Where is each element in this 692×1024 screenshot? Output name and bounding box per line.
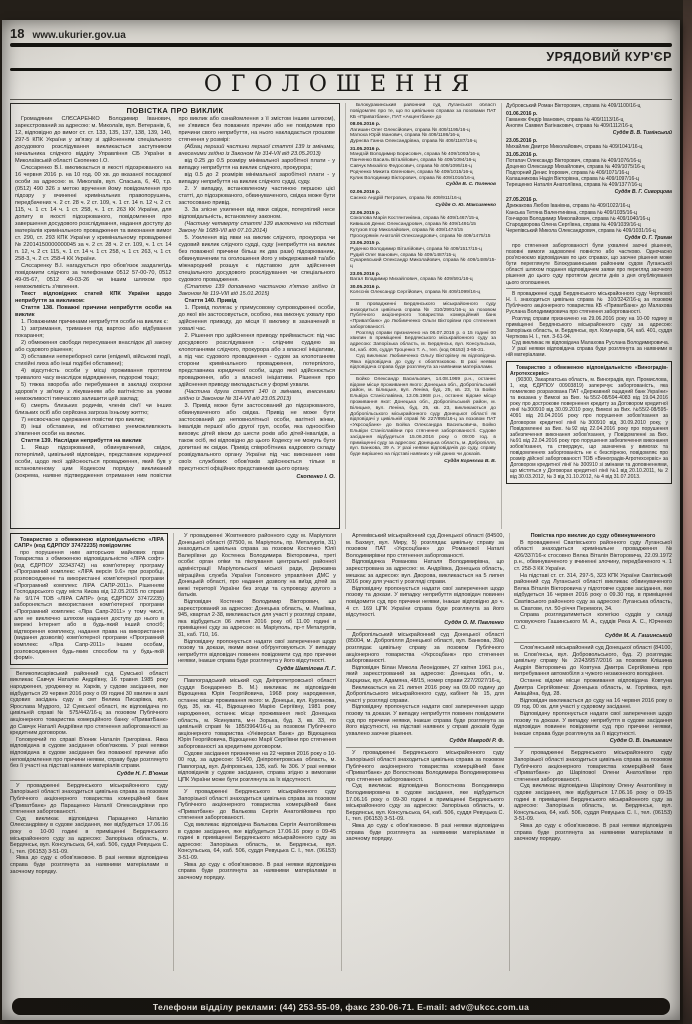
court-list-column-1: Білокуракинський районний суд Луганської…	[345, 103, 496, 529]
paragraph: 2. У випадку, встановленому частиною пер…	[179, 186, 336, 207]
paragraph: Відповідачу пропонується надати свої зап…	[346, 704, 504, 737]
judge-signature: Суддя О. Г. Триган	[506, 235, 672, 241]
announcement-block: Бойко Олександр Васильович, 14.08.1969 р…	[350, 374, 496, 465]
paragraph: Відповідачка Романова Наталя Володимирів…	[346, 559, 504, 585]
paragraph: В провадженні Сватівського районного суд…	[514, 540, 672, 573]
judge-signature: Суддя В. Г. Сиворцова	[506, 189, 672, 195]
paragraph: У разі неявки відповідача справа буде ро…	[506, 346, 672, 358]
judge-signature: Суддя Мавроді Р. Ф.	[346, 738, 504, 745]
paragraph: У провадженні Бердянського міськрайонног…	[514, 750, 672, 783]
judge-signature: Суддя В. С. Поленов	[350, 182, 496, 188]
court-list-column-2: Дубровський Роман Вікторович, справа № 4…	[501, 103, 672, 529]
paragraph: У провадженні Бердянського міськрайонног…	[346, 750, 504, 783]
divider	[10, 68, 672, 71]
announcement-block: Великописарівський районний суд Сумської…	[10, 668, 168, 778]
divider	[10, 99, 672, 100]
paragraph: У провадженні Бердянського міськрайонног…	[178, 789, 336, 822]
bottom-column-1: Товариство з обмеженою відповідальністю …	[10, 533, 168, 971]
court-list-intro: Білокуракинський районний суд Луганської…	[350, 103, 496, 120]
paragraph: Слєсаренко В.І. викликається в якості пі…	[15, 165, 172, 263]
paragraph: 4) відсутність особи у місці проживання …	[15, 368, 172, 382]
case-entry: Колєснік Олександр Сергійович, справа № …	[350, 290, 496, 296]
paragraph: 1. Поважними причинами неприбуття особи …	[15, 319, 172, 326]
paragraph: Текст відповідних статей КПК України щод…	[15, 291, 172, 305]
announcement-block: Добропільський міськрайонний суд Донецьк…	[346, 629, 504, 745]
summons-box: ПОВІСТКА ПРО ВИКЛИК Громадянин СЛЄСАРЕНК…	[10, 103, 340, 529]
paragraph: Слов'янський міськрайонний суд Донецької…	[514, 645, 672, 678]
paragraph: Суд викликає відповідача Паращенко Натал…	[10, 816, 168, 856]
paragraph: Стаття 140. Привід	[179, 298, 336, 305]
paragraph: Відповідачу пропонується надати свої зап…	[346, 586, 504, 619]
announcement-body: Артемівський міськрайонний суд Донецької…	[346, 533, 504, 619]
announcement-block: В провадженні Бердянського міськрайонног…	[350, 299, 496, 372]
judge-signature: Суддя М. А. Гашинський	[514, 633, 672, 640]
paragraph: (Частина друга статті 140 із змінами, вн…	[179, 389, 336, 403]
case-entry: Проскурямін Анатолій Олександрович, спра…	[350, 234, 496, 240]
paragraph: 2) обмеження свободи пересування внаслід…	[15, 340, 172, 354]
announcement-body: про порушення ним авторських майнових пр…	[14, 550, 164, 662]
advertising-contact-bar: Телефони відділу реклами: (44) 253-55-09…	[12, 998, 670, 1015]
announcement-body: Павлоградський міський суд Дніпропетровс…	[178, 678, 336, 784]
case-entry: Терещенко Наталія Анатоліївна, справа № …	[506, 182, 672, 188]
paragraph: У провадженні Жовтневого районного суду …	[178, 533, 336, 599]
paragraph: 7) несвоєчасне одержання повістки про ви…	[15, 417, 172, 424]
newspaper-page: 18 www.ukurier.gov.ua УРЯДОВИЙ КУР'ЄР ОГ…	[2, 20, 680, 1020]
court-list-closing: про стягнення заборгованості були ухвале…	[506, 243, 672, 286]
case-entry: Вагал Владимир Михайлович, справа № 409/…	[350, 277, 496, 283]
paragraph: Відповідачу пропонується надати свої зап…	[514, 711, 672, 737]
paragraph: (90300, Закарпатська область, м. Виногра…	[510, 377, 668, 481]
announcement-body: У провадженні Бердянського міськрайонног…	[346, 750, 504, 842]
paragraph: Великописарівський районний суд Сумської…	[10, 671, 168, 737]
paragraph: Справа розглядатиметься колегією суддів …	[514, 612, 672, 632]
paragraph: Громадянин СЛЄСАРЕНКО Володимир Іванович…	[15, 116, 172, 165]
summons-signature: Скопенко І. О.	[179, 474, 336, 481]
paragraph: На підставі ст. ст. 314, 297-5, 323 КПК …	[514, 573, 672, 613]
page-header: 18 www.ukurier.gov.ua УРЯДОВИЙ КУР'ЄР ОГ…	[10, 26, 672, 100]
paragraph: Суд викликає відповідача Шаріпову Олену …	[514, 783, 672, 823]
paragraph: В провадженні Бердянського міськрайонног…	[350, 302, 496, 331]
paragraph: Добропільський міськрайонний суд Донецьк…	[346, 632, 504, 665]
announcement-body: В провадженні судді Бердянського міськра…	[506, 291, 672, 358]
paragraph: Слєсаренку В.І. нагадується про обов'язо…	[15, 263, 172, 291]
paragraph: В провадженні судді Бердянського міськра…	[506, 291, 672, 315]
announcement-block: У провадженні Бердянського міськрайонног…	[10, 780, 168, 875]
case-entry: Саєнко Андрій Петрович, справа № 409/911…	[350, 196, 496, 202]
announcement-title: Повістка про виклик до суду обвинувачено…	[514, 533, 672, 540]
paragraph: Відповідач Білан Микола Леонідович, 27 к…	[346, 665, 504, 685]
announcement-body: Добропільський міськрайонний суд Донецьк…	[346, 632, 504, 738]
judge-signature: Суддя Корнєєва В. В.	[350, 459, 496, 465]
announcement-body: У провадженні Бердянського міськрайонног…	[514, 750, 672, 842]
paragraph: 6) смерть близьких родичів, членів сім'ї…	[15, 403, 172, 417]
paragraph: про порушення ним авторських майнових пр…	[14, 550, 164, 662]
paragraph: Відповідачу пропонується надати свої зап…	[178, 639, 336, 665]
vynohradiv-notice-box: Товариство з обмеженою відповідальністю …	[506, 361, 672, 484]
bottom-section: Товариство з обмеженою відповідальністю …	[10, 533, 672, 971]
announcement-body: Великописарівський районний суд Сумської…	[10, 671, 168, 770]
judge-signature: Суддя В. В. Тимінський	[506, 130, 672, 136]
paragraph: Відповідач викликається до суду на 16 че…	[514, 698, 672, 711]
case-entry: Сукаревський Олександр Миколайович, спра…	[350, 258, 496, 270]
paragraph: Викликається на 21 липня 2016 року на 09…	[346, 685, 504, 705]
case-entry: Михайлик Дмитро Миколайович, справа № 40…	[506, 144, 672, 150]
announcement-block: В провадженні судді Бердянського міськра…	[506, 288, 672, 358]
paragraph: 3. За злісне ухилення від явки свідок, п…	[179, 207, 336, 221]
announcement-body: (90300, Закарпатська область, м. Виногра…	[510, 377, 668, 481]
section-title: ОГОЛОШЕННЯ	[10, 72, 672, 97]
announcement-body: У провадженні Бердянського міськрайонног…	[10, 783, 168, 875]
judge-signature: Суддя Н. Г. В'юник	[10, 771, 168, 778]
company-name: Товариство з обмеженою відповідальністю …	[510, 365, 668, 377]
company-name: Товариство з обмеженою відповідальністю …	[14, 537, 164, 550]
paragraph: (Частину четверту статті 139 виключено н…	[179, 221, 336, 235]
paragraph: Відповідач Костенко Володимир Вікторович…	[178, 599, 336, 639]
divider	[10, 43, 672, 47]
case-list-a: 08.06.2016 р.Лагишин Олег Олексійович, с…	[350, 122, 496, 296]
paragraph: Явка до суду є обов'язковою. В разі неяв…	[178, 862, 336, 882]
paragraph: (Статтю 139 доповнено частиною п'ятою зг…	[179, 284, 336, 298]
paragraph: Суд викликає відповідача Валькова Сергія…	[178, 822, 336, 862]
announcement-body: Слов'янський міськрайонний суд Донецької…	[514, 645, 672, 737]
paragraph: Явка до суду є обов'язковою. В разі неяв…	[346, 823, 504, 843]
paragraph: Розгляд справи призначено на 29.06.2016 …	[506, 316, 672, 340]
paragraph: Розгляд справи призначено на 06.07.2016 …	[350, 331, 496, 354]
announcement-block: У провадженні Бердянського міськрайонног…	[346, 747, 504, 842]
lira-notice-box: Товариство з обмеженою відповідальністю …	[10, 533, 168, 665]
paragraph: Головуючий по справі В'юник Наталія Григ…	[10, 737, 168, 770]
summons-title: ПОВІСТКА ПРО ВИКЛИК	[15, 107, 335, 114]
top-section: ПОВІСТКА ПРО ВИКЛИК Громадянин СЛЄСАРЕНК…	[10, 103, 672, 529]
paragraph: Павлоградський міський суд Дніпропетровс…	[178, 678, 336, 751]
paragraph: від 0.25 до 0.5 розміру мінімальної заро…	[179, 158, 336, 172]
case-entry: Гончаров Володимир Миколайович, справа №…	[506, 216, 672, 222]
paragraph: Явка до суду є обов'язковою. В разі неяв…	[10, 855, 168, 875]
paragraph: 3. Привід може бути застосований до підо…	[179, 403, 336, 473]
paragraph: Судове засідання призначене на 22 червня…	[178, 751, 336, 784]
paragraph: Суд викликає відповідача Волостнова Воло…	[346, 783, 504, 823]
case-entry: Дурнєва Ганна Олександрівна, справа № 40…	[350, 139, 496, 145]
paragraph: 5. Ухилення від явки на виклик слідчого,…	[179, 235, 336, 284]
paragraph: від 0.5 до 2 розмірів мінімальної заробі…	[179, 172, 336, 186]
paragraph: Явка до суду є обов'язковою. В разі неяв…	[514, 823, 672, 843]
photo-backdrop: 18 www.ukurier.gov.ua УРЯДОВИЙ КУР'ЄР ОГ…	[0, 0, 692, 1024]
paragraph: Останнє відоме місце проживання відповід…	[514, 678, 672, 698]
announcement-body: В провадженні Сватівського районного суд…	[514, 540, 672, 632]
paragraph: 1. Привід полягає у примусовому супровод…	[179, 305, 336, 333]
announcement-block: Слов'янський міськрайонний суд Донецької…	[514, 642, 672, 745]
bottom-column-2: У провадженні Жовтневого районного суду …	[173, 533, 336, 971]
case-entry: Кулик Володимир Вікторович, справа № 409…	[350, 176, 496, 182]
judge-signature: Суддя О. Ю. Максименко	[350, 203, 496, 209]
photo-edge	[683, 0, 692, 1024]
paragraph: 3) обставини непереборної сили (епідемії…	[15, 354, 172, 368]
announcement-body: У провадженні Жовтневого районного суду …	[178, 533, 336, 665]
announcement-block: Павлоградський міський суд Дніпропетровс…	[178, 675, 336, 784]
paragraph: Стаття 139. Наслідки неприбуття на викли…	[15, 438, 172, 445]
announcement-body: В провадженні Бердянського міськрайонног…	[350, 302, 496, 372]
announcement-block: У провадженні Бердянського міськрайонног…	[514, 747, 672, 842]
masthead: УРЯДОВИЙ КУР'ЄР	[546, 50, 672, 64]
case-entry: Анопян Самвел Вагінакович, справа № 409/…	[506, 123, 672, 129]
case-entry: Дубровський Роман Вікторович, справа № 4…	[506, 103, 672, 109]
judge-signature: Суддя О. М. Павленко	[346, 620, 504, 627]
case-entry: Руденко Володимир Віталійович, справа № …	[350, 247, 496, 253]
bottom-column-3: Артемівський міськрайонний суд Донецької…	[341, 533, 504, 971]
paragraph: Артемівський міськрайонний суд Донецької…	[346, 533, 504, 559]
announcement-body: Бойко Олександр Васильович, 14.08.1969 р…	[350, 377, 496, 458]
paragraph: 1) затримання, тримання під вартою або в…	[15, 326, 172, 340]
paragraph: 8) інші обставини, які об'єктивно унемож…	[15, 424, 172, 438]
paragraph: 5) тяжка хвороба або перебування в закла…	[15, 382, 172, 403]
bottom-column-4: Повістка про виклик до суду обвинувачено…	[509, 533, 672, 971]
paragraph: Стаття 138. Поважні причини неприбуття о…	[15, 305, 172, 319]
site-url: www.ukurier.gov.ua	[32, 30, 125, 41]
announcement-body: У провадженні Бердянського міськрайонног…	[178, 789, 336, 881]
paragraph: (Абзац перший частини першої статті 139 …	[179, 144, 336, 158]
paragraph: Бойко Олександр Васильович, 14.08.1969 р…	[350, 377, 496, 458]
summons-body: Громадянин СЛЄСАРЕНКО Володимир Іванович…	[15, 116, 335, 482]
judge-signature: Суддя Шатілова Л. Г.	[178, 666, 336, 673]
paragraph: Суд викликає Любимченко Ольгу Вікторівну…	[350, 354, 496, 371]
paragraph: 2. Рішення про здійснення приводу прийма…	[179, 333, 336, 389]
announcement-block: У провадженні Бердянського міськрайонног…	[178, 786, 336, 881]
paragraph: У провадженні Бердянського міськрайонног…	[10, 783, 168, 816]
page-number: 18	[10, 26, 24, 41]
case-list-b: Дубровський Роман Вікторович, справа № 4…	[506, 103, 672, 241]
judge-signature: Суддя О. В. Ільяшевич	[514, 738, 672, 745]
case-entry: Черепівський Микола Олександрович, справ…	[506, 228, 672, 234]
